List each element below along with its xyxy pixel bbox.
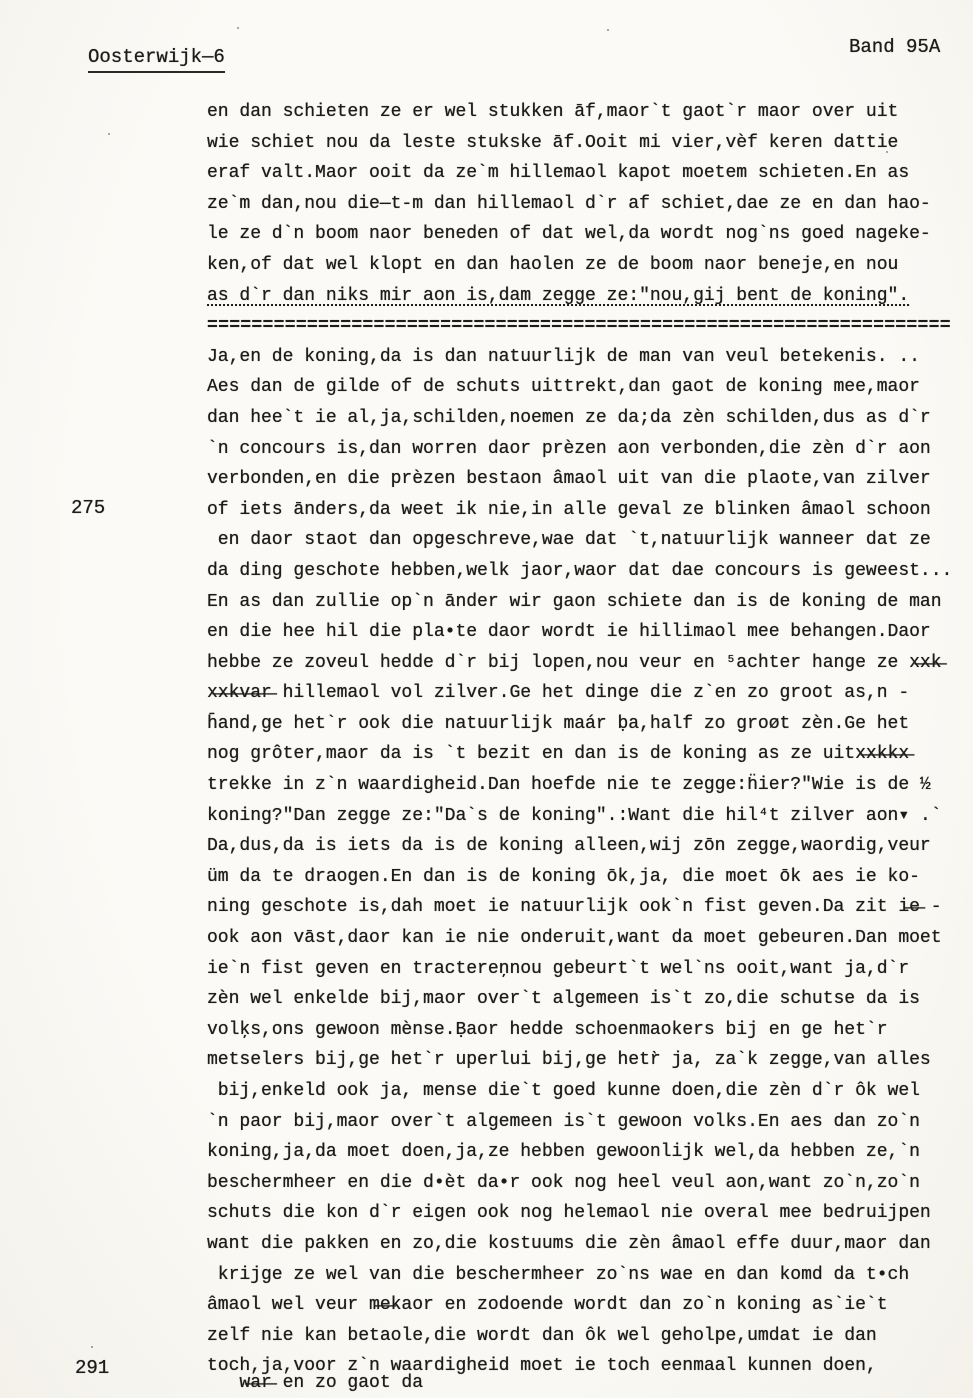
- text-line: hebbe ze zoveul hedde d`r bij lopen,nou …: [207, 648, 973, 679]
- text-line: h̄and,ge het`r ook die natuurlijk maár ḅ…: [207, 709, 973, 740]
- text-line: eraf valt.Maor ooit da ze`m hillemaol ka…: [207, 158, 973, 189]
- text-line: x̶x̶k̶v̶a̶r̶ hillemaol vol zilver.Ge het…: [207, 678, 973, 709]
- margin-page-number: 291: [75, 1357, 109, 1379]
- scan-speck: [886, 151, 888, 153]
- text-line: da ding geschote hebben,welk jaor,waor d…: [207, 556, 973, 587]
- text-line: zèn wel enkelde bij,maor over`t algemeen…: [207, 984, 973, 1015]
- text-line: en dan schieten ze er wel stukken āf,mao…: [207, 97, 973, 128]
- body-lines: en dan schieten ze er wel stukken āf,mao…: [207, 97, 973, 1398]
- text-line: En as dan zullie op`n ānder wir gaon sch…: [207, 587, 973, 618]
- text-line: koning,ja,da moet doen,ja,ze hebben gewo…: [207, 1137, 973, 1168]
- text-line: `n paor bij,maor over`t algemeen is`t ge…: [207, 1107, 973, 1138]
- text-line: en die hee hil die pla•te daor wordt ie …: [207, 617, 973, 648]
- text-line: as d`r dan niks mir aon is,dam zegge ze:…: [207, 281, 973, 312]
- scan-speck: [607, 29, 609, 31]
- text-line: schuts die kon d`r eigen ook nog helemao…: [207, 1198, 973, 1229]
- text-line: bij,enkeld ook ja, mense die`t goed kunn…: [207, 1076, 973, 1107]
- text-line: verbonden,en die prèzen bestaon âmaol ui…: [207, 464, 973, 495]
- text-line: `n concours is,dan worren daor prèzen ao…: [207, 434, 973, 465]
- document-page: Oosterwijk—6 Band 95A 275 291 en dan sch…: [0, 0, 973, 1398]
- text-line: trekke in z`n waardigheid.Dan hoefde nie…: [207, 770, 973, 801]
- text-line: volķs,ons gewoon mènse.Ḅaor hedde schoen…: [207, 1015, 973, 1046]
- text-line: beschermheer en die d•èt da•r ook nog he…: [207, 1168, 973, 1199]
- document-title: Oosterwijk—6: [88, 46, 225, 73]
- text-line: wie schiet nou da leste stukske āf.Ooit …: [207, 128, 973, 159]
- text-line: ning geschote is,dah moet ie natuurlijk …: [207, 892, 973, 923]
- text-line: ze`m dan,nou die—t-m dan hillemaol d`r a…: [207, 189, 973, 220]
- text-line: of iets ānders,da weet ik nie,in alle ge…: [207, 495, 973, 526]
- text-line: ie`n fist geven en tractereņnou gebeurt`…: [207, 954, 973, 985]
- text-line: Da,dus,da is iets da is de koning alleen…: [207, 831, 973, 862]
- separator-line: ========================================…: [207, 311, 973, 342]
- text-line: üm da te draogen.En dan is de koning ōk,…: [207, 862, 973, 893]
- text-line: metselers bij,ge het`r uperlui bij,ge he…: [207, 1045, 973, 1076]
- text-line: Ja,en de koning,da is dan natuurlijk de …: [207, 342, 973, 373]
- scan-speck: [237, 27, 239, 29]
- scan-speck: [91, 1346, 93, 1348]
- text-line: dan hee`t ie al,ja,schilden,noemen ze da…: [207, 403, 973, 434]
- margin-page-number: 275: [71, 497, 105, 519]
- text-line: zelf nie kan betaole,die wordt dan ôk we…: [207, 1321, 973, 1352]
- text-line: krijge ze wel van die beschermheer zo`ns…: [207, 1260, 973, 1291]
- text-line: en daor staot dan opgeschreve,wae dat `t…: [207, 525, 973, 556]
- text-line: âmaol wel veur m̶e̶kaor en zodoende word…: [207, 1290, 973, 1321]
- text-line: le ze d`n boom naor beneden of dat wel,d…: [207, 219, 973, 250]
- text-line: nog grôter,maor da is `t bezit en dan is…: [207, 739, 973, 770]
- text-line: want die pakken en zo,die kostuums die z…: [207, 1229, 973, 1260]
- text-line: ook aon vāst,daor kan ie nie onderuit,wa…: [207, 923, 973, 954]
- text-line: koning?"Dan zegge ze:"Da`s de koning".:W…: [207, 801, 973, 832]
- scan-speck: [108, 133, 110, 135]
- text-line: Aes dan de gilde of de schuts uittrekt,d…: [207, 372, 973, 403]
- band-label: Band 95A: [849, 36, 940, 58]
- text-line: ken,of dat wel klopt en dan haolen ze de…: [207, 250, 973, 281]
